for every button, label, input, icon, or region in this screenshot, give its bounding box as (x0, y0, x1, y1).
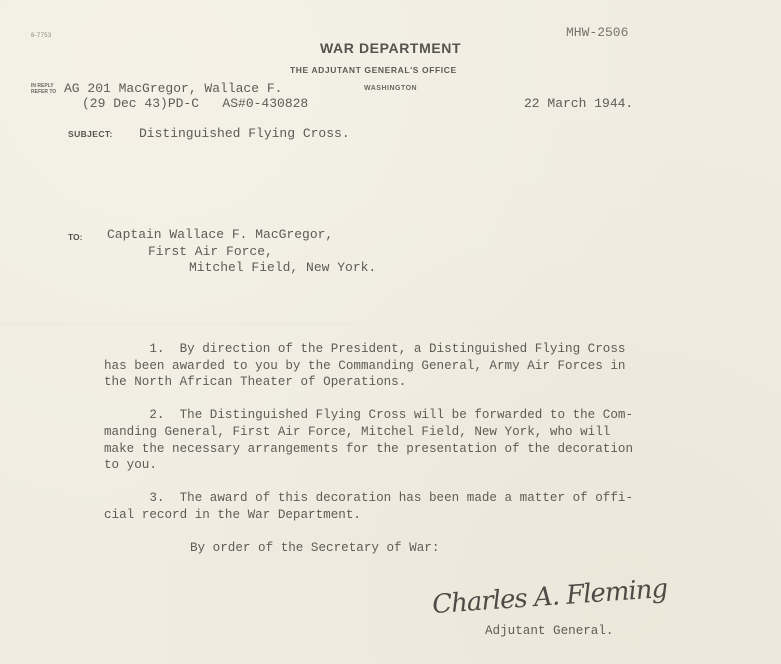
signature-title: Adjutant General. (485, 624, 613, 638)
paragraph-2-line-3: make the necessary arrangements for the … (104, 442, 633, 456)
paragraph-2-line-1: 2. The Distinguished Flying Cross will b… (104, 408, 633, 422)
reply-label: IN REPLYREFER TO (31, 83, 56, 95)
to-label: TO: (68, 232, 82, 242)
paragraph-3-line-1: 3. The award of this decoration has been… (104, 491, 633, 505)
paragraph-2-line-2: manding General, First Air Force, Mitche… (104, 425, 610, 439)
letterhead-city: WASHINGTON (364, 85, 417, 92)
reference-line-1: AG 201 MacGregor, Wallace F. (64, 81, 282, 96)
letterhead-office: THE ADJUTANT GENERAL'S OFFICE (290, 65, 457, 75)
addressee-line-2: First Air Force, (148, 244, 273, 259)
letter-date: 22 March 1944. (524, 96, 633, 111)
paragraph-1-line-2: has been awarded to you by the Commandin… (104, 359, 625, 373)
form-number: 8-7753 (31, 33, 51, 39)
paragraph-1-line-1: 1. By direction of the President, a Dist… (104, 342, 625, 356)
letter-page: 8-7753 MHW-2506 WAR DEPARTMENT THE ADJUT… (0, 0, 781, 664)
paragraph-1-line-3: the North African Theater of Operations. (104, 375, 406, 389)
reference-number: MHW-2506 (566, 25, 628, 40)
letterhead-department: WAR DEPARTMENT (320, 40, 461, 56)
reply-label-line2: REFER TO (31, 89, 56, 95)
addressee-line-3: Mitchel Field, New York. (189, 260, 376, 275)
closing-line: By order of the Secretary of War: (190, 541, 439, 555)
addressee-line-1: Captain Wallace F. MacGregor, (107, 227, 333, 242)
subject-label: SUBJECT: (68, 129, 113, 139)
reference-line-2: (29 Dec 43)PD-C AS#0-430828 (82, 96, 308, 111)
paragraph-3-line-2: cial record in the War Department. (104, 508, 361, 522)
subject-text: Distinguished Flying Cross. (139, 126, 350, 141)
paper-fold-line (0, 322, 781, 325)
paragraph-2-line-4: to you. (104, 458, 157, 472)
handwritten-signature: Charles A. Fleming (431, 574, 668, 620)
